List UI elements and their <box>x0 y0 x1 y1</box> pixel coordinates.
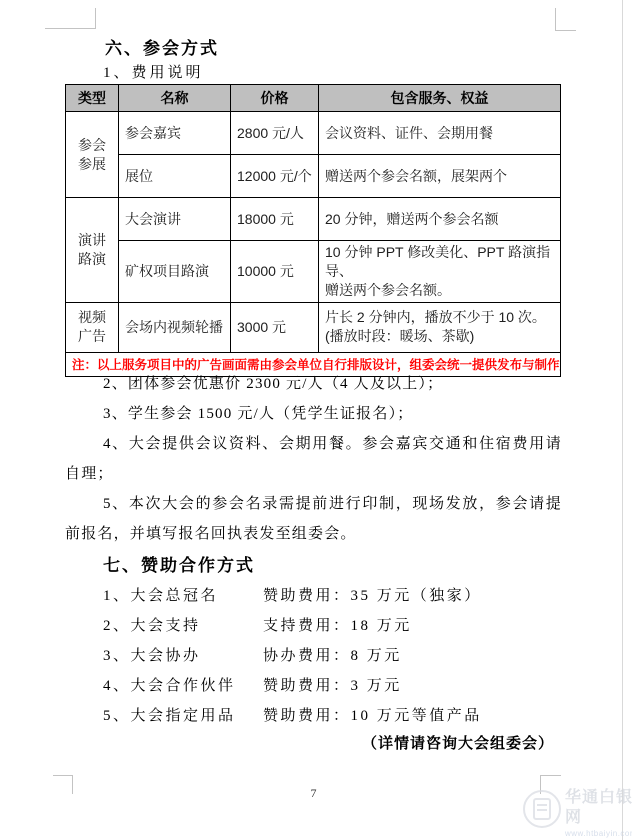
section6-title: 六、参会方式 <box>105 34 219 59</box>
cell-price: 18000 元 <box>231 198 319 241</box>
closing-note: （详情请咨询大会组委会） <box>65 729 562 759</box>
fee-note-4: 4、大会提供会议资料、会期用餐。参会嘉宾交通和住宿费用请自理； <box>65 429 562 489</box>
watermark-url: www.htbaiyin.com <box>565 828 632 840</box>
fee-note-3: 3、学生参会 1500 元/人（凭学生证报名）； <box>65 399 562 429</box>
header-name: 名称 <box>119 85 231 112</box>
sponsor-fee: 支持费用：18 万元 <box>263 611 562 641</box>
body-text: 2、团体参会优惠价 2300 元/人（4 人及以上）； 3、学生参会 1500 … <box>65 369 562 759</box>
sponsor-fee: 协办费用：8 万元 <box>263 641 562 671</box>
watermark-text: 华通白银网 www.htbaiyin.com <box>565 788 632 840</box>
crop-mark-top-right <box>555 8 576 31</box>
table-row: 参会 参展 参会嘉宾 2800 元/人 会议资料、证件、会期用餐 <box>66 112 561 155</box>
watermark-brand: 华通白银网 <box>565 788 632 828</box>
sponsor-item-5: 5、大会指定用品 赞助费用：10 万元等值产品 <box>103 701 562 731</box>
cell-price: 3000 元 <box>231 302 319 352</box>
header-benefit: 包含服务、权益 <box>319 85 561 112</box>
table-row: 矿权项目路演 10000 元 10 分钟 PPT 修改美化、PPT 路演指导、 … <box>66 241 561 303</box>
cell-name: 矿权项目路演 <box>119 241 231 303</box>
cell-type-video: 视频 广告 <box>66 302 119 352</box>
sponsor-label: 2、大会支持 <box>103 611 263 641</box>
cell-benefit: 赠送两个参会名额，展架两个 <box>319 155 561 198</box>
cell-price: 12000 元/个 <box>231 155 319 198</box>
fee-note-5: 5、本次大会的参会名录需提前进行印制，现场发放，参会请提前报名，并填写报名回执表… <box>65 489 562 549</box>
cell-price: 10000 元 <box>231 241 319 303</box>
sponsor-item-3: 3、大会协办 协办费用：8 万元 <box>103 641 562 671</box>
cell-benefit: 20 分钟，赠送两个参会名额 <box>319 198 561 241</box>
header-price: 价格 <box>231 85 319 112</box>
section7-title: 七、赞助合作方式 <box>103 551 562 581</box>
watermark-logo-icon <box>523 790 561 828</box>
cell-name: 展位 <box>119 155 231 198</box>
cell-benefit: 会议资料、证件、会期用餐 <box>319 112 561 155</box>
cell-name: 大会演讲 <box>119 198 231 241</box>
table-row: 视频 广告 会场内视频轮播 3000 元 片长 2 分钟内，播放不少于 10 次… <box>66 302 561 352</box>
sponsor-label: 5、大会指定用品 <box>103 701 263 731</box>
sponsor-label: 4、大会合作伙伴 <box>103 671 263 701</box>
cell-type-speech: 演讲 路演 <box>66 198 119 303</box>
sponsor-fee: 赞助费用：35 万元（独家） <box>263 581 562 611</box>
watermark-logo-glyph <box>533 798 551 820</box>
header-type: 类型 <box>66 85 119 112</box>
table-row: 展位 12000 元/个 赠送两个参会名额，展架两个 <box>66 155 561 198</box>
fee-table: 类型 名称 价格 包含服务、权益 参会 参展 参会嘉宾 2800 元/人 会议资… <box>65 84 561 377</box>
cell-price: 2800 元/人 <box>231 112 319 155</box>
page-number: 7 <box>65 786 562 801</box>
sponsor-item-2: 2、大会支持 支持费用：18 万元 <box>103 611 562 641</box>
page-right-edge <box>622 0 623 840</box>
watermark: 华通白银网 www.htbaiyin.com <box>523 788 628 834</box>
fee-note-2: 2、团体参会优惠价 2300 元/人（4 人及以上）； <box>65 369 562 399</box>
cell-benefit: 10 分钟 PPT 修改美化、PPT 路演指导、 赠送两个参会名额。 <box>319 241 561 303</box>
cell-type-attend: 参会 参展 <box>66 112 119 198</box>
cell-name: 会场内视频轮播 <box>119 302 231 352</box>
sponsor-label: 3、大会协办 <box>103 641 263 671</box>
sponsor-fee: 赞助费用：10 万元等值产品 <box>263 701 562 731</box>
fee-table-header-row: 类型 名称 价格 包含服务、权益 <box>66 85 561 112</box>
table-row: 演讲 路演 大会演讲 18000 元 20 分钟，赠送两个参会名额 <box>66 198 561 241</box>
sponsor-item-4: 4、大会合作伙伴 赞助费用：3 万元 <box>103 671 562 701</box>
cell-name: 参会嘉宾 <box>119 112 231 155</box>
sponsor-fee: 赞助费用：3 万元 <box>263 671 562 701</box>
cell-benefit: 片长 2 分钟内，播放不少于 10 次。 (播放时段：暖场、茶歇) <box>319 302 561 352</box>
crop-mark-top-left <box>45 8 96 29</box>
sponsor-label: 1、大会总冠名 <box>103 581 263 611</box>
fee-description-heading: 1、费用说明 <box>103 61 204 82</box>
sponsor-item-1: 1、大会总冠名 赞助费用：35 万元（独家） <box>103 581 562 611</box>
